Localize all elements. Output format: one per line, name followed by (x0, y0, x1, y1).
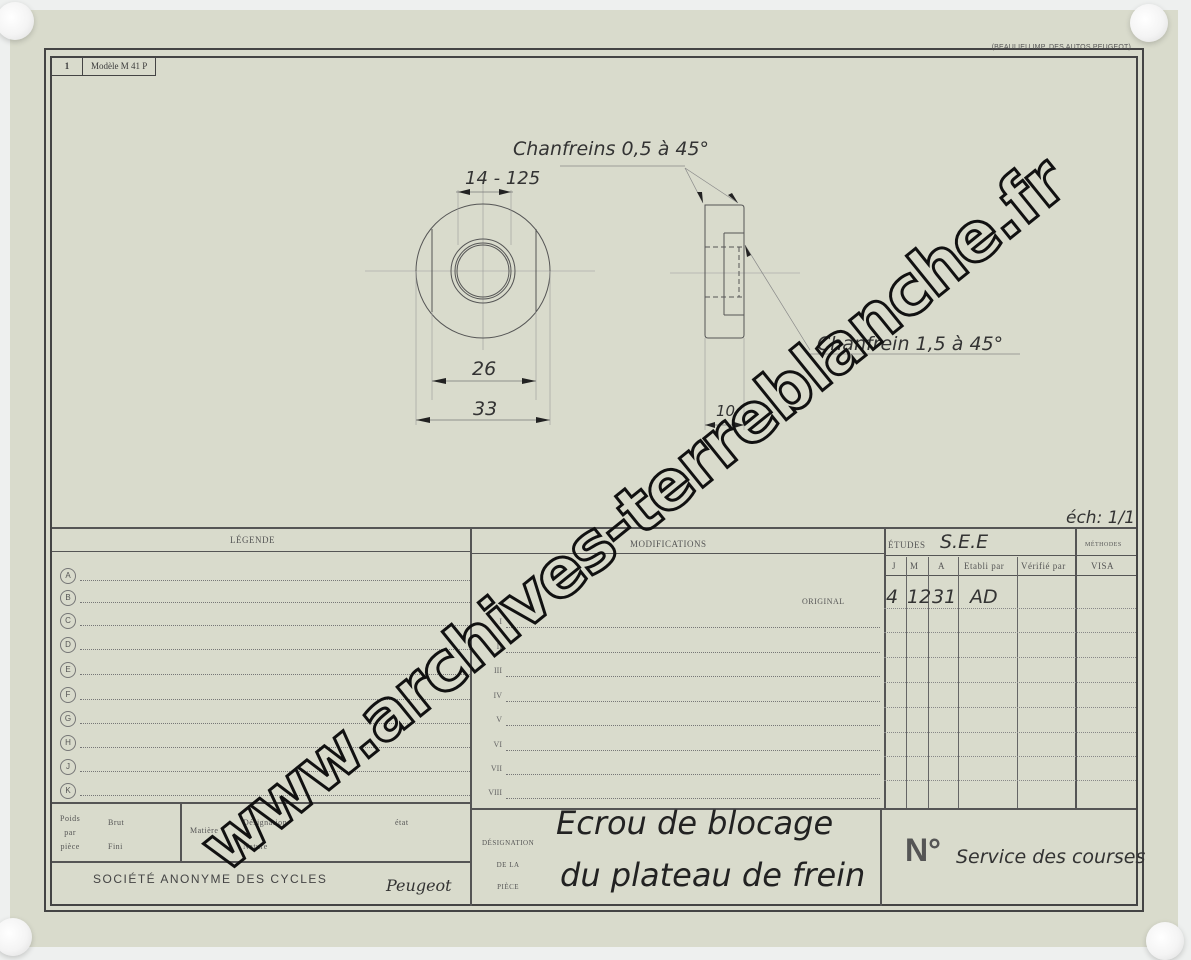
etudes-col-header-line (886, 575, 1136, 576)
legend-row: J (60, 759, 470, 779)
etudes-title: ÉTUDES (888, 540, 926, 550)
entry-year: 31 (932, 586, 956, 608)
material-nature: Nature (243, 842, 268, 851)
dimension-10: 10 (716, 402, 735, 420)
legend-title: LÉGENDE (230, 535, 275, 545)
grid-row-line (884, 756, 1136, 757)
modification-row: VI (474, 738, 884, 758)
thread-dimension: 14 - 125 (465, 168, 540, 189)
title-block-top-border (52, 527, 1136, 529)
modification-row: I (474, 615, 884, 635)
col-verifie: Vérifié par (1021, 561, 1066, 571)
modification-row: V (474, 713, 884, 733)
legend-marker-k: K (60, 783, 76, 799)
grid-row-line (884, 608, 1136, 609)
grid-row-line (884, 632, 1136, 633)
legend-row: F (60, 687, 470, 707)
legend-row: E (60, 662, 470, 682)
modification-row: II (474, 640, 884, 660)
part-label: DÉSIGNATIONDE LAPIÈCE (482, 832, 534, 898)
modifications-title: MODIFICATIONS (630, 539, 707, 549)
entry-day: 4 (886, 586, 898, 608)
original-label: ORIGINAL (802, 597, 845, 606)
legend-marker-j: J (60, 759, 76, 775)
material-label: Matière (190, 826, 218, 835)
legend-marker-a: A (60, 568, 76, 584)
modification-row: VII (474, 762, 884, 782)
grid-row-line (884, 657, 1136, 658)
mod-header-line (472, 553, 884, 554)
legend-marker-c: C (60, 613, 76, 629)
divider-legend-mod (470, 529, 472, 906)
grid-row-line (884, 780, 1136, 781)
divider-mod-etudes (884, 529, 886, 809)
col-etabli: Etabli par (964, 561, 1004, 571)
modification-row: IV (474, 689, 884, 709)
modification-row: III (474, 664, 884, 684)
legend-header-line (52, 551, 470, 552)
material-designation: Désignation (243, 818, 287, 827)
mod-number: I (499, 617, 502, 626)
number-value: Service des courses (956, 846, 1145, 868)
weight-material-divider (180, 804, 182, 861)
scale-label: éch: 1/1 (1066, 508, 1135, 528)
legend-row: H (60, 735, 470, 755)
legend-marker-e: E (60, 662, 76, 678)
mod-number: VII (491, 764, 502, 773)
mod-number: VIII (488, 788, 502, 797)
weight-bottom-line (52, 861, 470, 863)
methodes-title: MÉTHODES (1085, 542, 1122, 548)
number-prefix: N° (905, 832, 941, 869)
mod-number: II (497, 642, 502, 651)
grid-row-line (884, 732, 1136, 733)
legend-marker-b: B (60, 590, 76, 606)
dimension-33: 33 (473, 398, 497, 420)
col-visa: VISA (1091, 561, 1114, 571)
modification-row: VIII (474, 786, 884, 806)
mod-number: V (496, 715, 502, 724)
peugeot-logo: Peugeot (386, 876, 452, 895)
legend-marker-h: H (60, 735, 76, 751)
part-name-line2: du plateau de frein (560, 856, 865, 894)
divider-methodes (1075, 529, 1077, 809)
entry-month: 12 (907, 586, 931, 608)
legend-row: G (60, 711, 470, 731)
legend-marker-f: F (60, 687, 76, 703)
col-j: J (892, 561, 896, 571)
legend-marker-d: D (60, 637, 76, 653)
grid-row-line (884, 707, 1136, 708)
chamfer-inner-note: Chanfrein 1,5 à 45° (817, 333, 1003, 355)
weight-fini: Fini (108, 842, 123, 851)
mod-number: VI (494, 740, 502, 749)
grid-row-line (884, 682, 1136, 683)
col-a: A (938, 561, 945, 571)
weight-brut: Brut (108, 818, 124, 827)
chamfer-top-note: Chanfreins 0,5 à 45° (513, 138, 709, 160)
col-m: M (910, 561, 919, 571)
mod-number: III (494, 666, 502, 675)
legend-row: A (60, 568, 470, 588)
etudes-header-line (886, 555, 1136, 556)
etudes-team: S.E.E (940, 531, 988, 553)
weight-label: Poidsparpièce (60, 812, 80, 854)
legend-marker-g: G (60, 711, 76, 727)
legend-row: K (60, 783, 470, 803)
company-name: SOCIÉTÉ ANONYME DES CYCLES (93, 872, 327, 886)
part-name-line1: Ecrou de blocage (556, 804, 833, 842)
mod-number: IV (494, 691, 502, 700)
entry-signature: AD (970, 586, 998, 608)
part-number-divider (880, 810, 882, 906)
material-etat: état (395, 818, 409, 827)
legend-row: B (60, 590, 470, 610)
legend-row: C (60, 613, 470, 633)
dimension-26: 26 (472, 358, 496, 380)
legend-row: D (60, 637, 470, 657)
